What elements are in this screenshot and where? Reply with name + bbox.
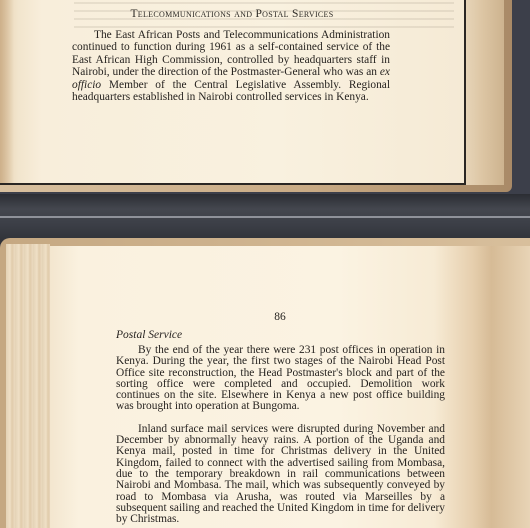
paragraph-text: Member of the Central Legislative Assemb… [72,79,390,103]
bottom-book-page-edges [6,244,50,528]
paragraph-text: The East African Posts and Telecommunica… [72,29,390,78]
top-book: Telecommunications and Postal Services T… [0,0,530,194]
scanner-background [0,194,530,244]
top-body-text: The East African Posts and Telecommunica… [72,29,390,103]
running-head: Telecommunications and Postal Services [0,8,464,20]
page-number: 86 [0,311,530,323]
bottom-body-text: By the end of the year there were 231 po… [116,345,445,525]
paragraph: By the end of the year there were 231 po… [116,345,445,413]
top-book-page-edges [462,0,504,185]
paragraph: The East African Posts and Telecommunica… [72,29,390,103]
paragraph: Inland surface mail services were disrup… [116,424,445,526]
section-heading: Postal Service [116,329,182,341]
divider-line [0,216,530,218]
spine-shadow [0,0,14,183]
top-book-page: Telecommunications and Postal Services T… [0,0,466,185]
